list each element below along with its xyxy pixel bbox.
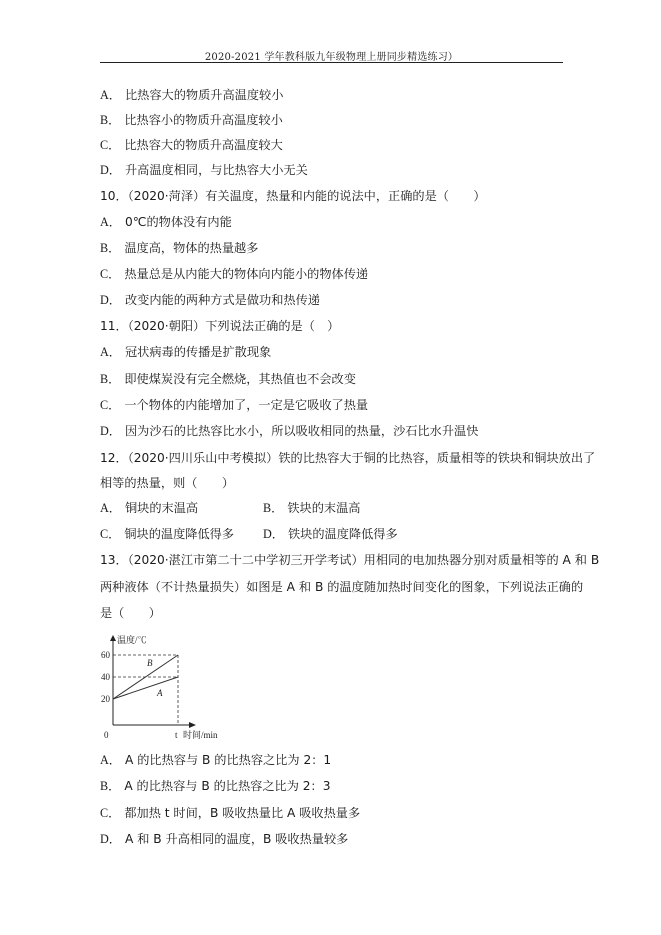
q13-stem-line1: 13．（2020·湛江市第二十二中学初三开学考试）用相同的电加热器分别对质量相等… (100, 552, 599, 568)
series-a-line (113, 677, 178, 699)
x-axis-label: 时间/min (183, 729, 218, 740)
q10-option-c: C．热量总是从内能大的物体向内能小的物体传递 (100, 266, 368, 282)
y-axis-label: 温度/℃ (117, 634, 147, 645)
q11-option-b: B．即使煤炭没有完全燃烧，其热值也不会改变 (100, 371, 356, 387)
q12-stem-line1: 12．（2020·四川乐山中考模拟）铁的比热容大于铜的比热容，质量相等的铁块和铜… (100, 450, 595, 466)
y-tick-40: 40 (101, 672, 111, 682)
q11-stem: 11．（2020·朝阳）下列说法正确的是（ ） (100, 318, 339, 334)
x-tick-t: t (175, 730, 178, 740)
y-tick-20: 20 (101, 694, 111, 704)
q12-option-d: D．铁块的温度降低得多 (263, 526, 426, 542)
q11-option-d: D．因为沙石的比热容比水小，所以吸收相同的热量，沙石比水升温快 (100, 423, 478, 439)
q9-option-b: B．比热容小的物质升高温度较小 (100, 112, 283, 128)
q9-option-c: C．比热容大的物质升高温度较大 (100, 137, 283, 153)
q12-option-c: C．铜块的温度降低得多 (100, 526, 263, 542)
q12-stem-line2: 相等的热量，则（ ） (100, 475, 234, 491)
q12-options-row1: A．铜块的末温高 B．铁块的末温高 (100, 500, 426, 516)
q13-option-a: A．A 的比热容与 B 的比热容之比为 2：1 (100, 752, 331, 768)
q13-option-d: D．A 和 B 升高相同的温度，B 吸收热量较多 (100, 831, 348, 847)
q13-option-c: C．都加热 t 时间，B 吸收热量比 A 吸收热量多 (100, 805, 360, 821)
q10-option-d: D．改变内能的两种方式是做功和热传递 (100, 292, 320, 308)
series-b-label: B (147, 658, 153, 668)
q13-option-b: B．A 的比热容与 B 的比热容之比为 2：3 (100, 778, 330, 794)
q12-option-a: A．铜块的末温高 (100, 500, 263, 516)
q9-option-d: D．升高温度相同，与比热容大小无关 (100, 162, 308, 178)
series-a-label: A (156, 688, 163, 698)
page-header: 2020-2021 学年教科版九年级物理上册同步精选练习） (100, 48, 563, 63)
q13-stem-line2: 两种液体（不计热量损失）如图是 A 和 B 的温度随加热时间变化的图象，下列说法… (100, 579, 583, 595)
q12-option-b: B．铁块的末温高 (263, 500, 426, 516)
q13-stem-line3: 是（ ） (100, 605, 161, 621)
q10-stem: 10．（2020·菏泽）有关温度，热量和内能的说法中，正确的是（ ） (100, 188, 486, 204)
y-axis-arrow-icon (110, 635, 116, 641)
x-tick-0: 0 (104, 730, 109, 740)
q11-option-a: A．冠状病毒的传播是扩散现象 (100, 344, 271, 360)
x-axis-arrow-icon (189, 722, 196, 728)
q9-option-a: A．比热容大的物质升高温度较小 (100, 87, 283, 103)
header-divider (100, 62, 563, 63)
q10-option-b: B．温度高，物体的热量越多 (100, 240, 258, 256)
q12-options-row2: C．铜块的温度降低得多 D．铁块的温度降低得多 (100, 526, 426, 542)
q11-option-c: C．一个物体的内能增加了，一定是它吸收了热量 (100, 397, 368, 413)
y-tick-60: 60 (101, 650, 111, 660)
temperature-time-chart: 60 40 20 温度/℃ 0 t 时间/min B A (99, 633, 239, 743)
q10-option-a: A．0℃的物体没有内能 (100, 214, 232, 230)
